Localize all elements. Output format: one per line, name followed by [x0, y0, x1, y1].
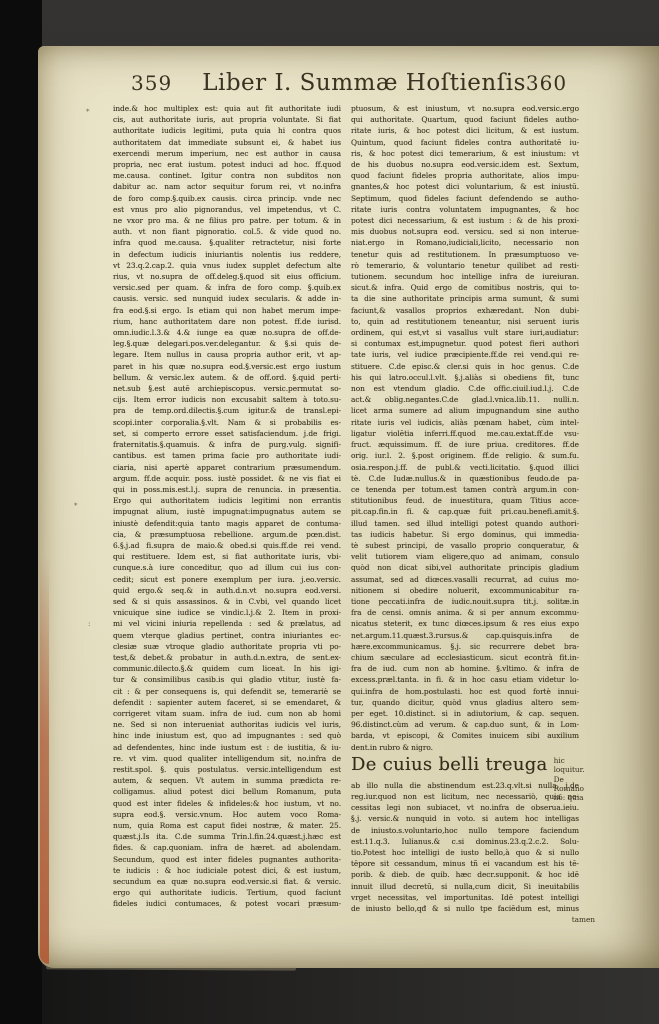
text-line: rius, vt no.supra de off.deleg.§.quod si…	[113, 271, 341, 282]
text-line: Secundum, quod est inter fideles pugnant…	[113, 854, 341, 865]
text-line: ris, & hoc potest dici temerarium, & est…	[351, 148, 579, 159]
text-line: orig. iur.l. 2. §.post originem. ff.de r…	[351, 450, 579, 461]
text-line: autem, & sequen. Vt autem in summa prædi…	[113, 775, 341, 786]
text-line: re. vt vim. quod qualiter intelligendum …	[113, 753, 341, 764]
text-line: si contumax est,impugnetur. quod potest …	[351, 338, 579, 349]
text-line: gnantes,& hoc potest dici voluntarium, &…	[351, 181, 579, 192]
text-line: reg.iur.quod non est licitum, nec necess…	[351, 791, 579, 802]
text-line: quod faciunt fideles propria authoritate…	[351, 170, 579, 181]
page-scan: 359 Liber I. Summæ Hoſtienſis 360 * * : …	[38, 46, 659, 968]
text-line: ligatur violētia inferri.ff.quod me.cau.…	[351, 428, 579, 439]
text-line: velit tutiorem viam eligere,quo ad anima…	[351, 551, 579, 562]
text-line: fra de iud. cum non ab homine. §.vltimo.…	[351, 663, 579, 674]
text-line: authoritate iudicis legitimi, puta quia …	[113, 125, 341, 136]
text-block: inde.& hoc multiplex est: quia aut fit a…	[113, 103, 579, 925]
text-line: innuit illud decretū, si nulla,cum dicit…	[351, 881, 579, 892]
text-line: net.sub §.est autē archiepiscopus. versi…	[113, 383, 341, 394]
book-scan-stage: 359 Liber I. Summæ Hoſtienſis 360 * * : …	[0, 0, 659, 1024]
text-line: te iudicis : & hoc iudiciale potest dici…	[113, 865, 341, 876]
text-line: pit.cap.fin.in fi. & cap.quæ fuit pri.ca…	[351, 506, 579, 517]
text-line: ergo qui authoritate iudicis. Tertium, q…	[113, 887, 341, 898]
text-line: non est vtendum gladio. C.de offic.ciuil…	[351, 383, 579, 394]
text-line: ordinem, qui est,vt si vasallus vult sta…	[351, 327, 579, 338]
text-line: colligamus. aliud potest dici bellum Rom…	[113, 786, 341, 797]
text-line: exercendi merum imperium, nec est author…	[113, 148, 341, 159]
text-line: defendit : sapienter autem faceret, si s…	[113, 697, 341, 708]
text-line: potest dici necessarium, & est iustum : …	[351, 215, 579, 226]
text-line: tēpore sit cessandum, minus tñ ei vacand…	[351, 858, 579, 869]
page-header: 359 Liber I. Summæ Hoſtienſis 360	[113, 70, 579, 106]
text-line: de his duobus no.supra eod.versic.idem e…	[351, 159, 579, 170]
text-line: §.j. versic.& nunquid in voto. si autem …	[351, 813, 579, 824]
text-line: tutionem. secundum hoc intellige infra d…	[351, 271, 579, 282]
text-line: ad defendentes, hinc inde iustum est : d…	[113, 742, 341, 753]
text-line: per eget. 10.distinct. si in adiutorium,…	[351, 708, 579, 719]
margin-mark: :	[88, 620, 90, 628]
text-line: fra de censi. omnis anima. & si per annu…	[351, 607, 579, 618]
text-line: omn.iudic.l.3.& 4.& iunge ea quæ no.supr…	[113, 327, 341, 338]
text-line: qui in poss.mis.est.l.j. supra de renunc…	[113, 484, 341, 495]
text-line: tio.Potest hoc intelligi de iusto bello,…	[351, 847, 579, 858]
text-line: rium, hanc authoritatem dare non potest.…	[113, 316, 341, 327]
text-line: est vnus pro alio pignorandus, vel impet…	[113, 204, 341, 215]
text-line: test,& debet.& probatur in auth.d.n.extr…	[113, 652, 341, 663]
text-line: vnicuique sine iudice se vindic.l.j.& 2.…	[113, 607, 341, 618]
text-line: ne vxor pro ma. & ne filius pro patre. p…	[113, 215, 341, 226]
text-line: act.& oblig.negantes.C.de glad.l.vnica.l…	[351, 394, 579, 405]
text-line: clesiæ suæ vtroque gladio authoritate pr…	[113, 641, 341, 652]
text-line: ab illo nulla die abstinendum est.23.q.v…	[351, 780, 579, 791]
text-line: faciunt,& vasallos proprios exhæredant. …	[351, 305, 579, 316]
text-line: barda, vt episcopi, & Comites inuicem si…	[351, 730, 579, 741]
text-line: qui.infra de hom.postulasti. hoc est quo…	[351, 686, 579, 697]
text-line: vrget necessitas, vel importunitas. Idē …	[351, 892, 579, 903]
text-line: ciaria, nisi apertè apparet contrarium p…	[113, 462, 341, 473]
text-line: tenetur quis ad restitutionem. In præsum…	[351, 249, 579, 260]
text-line: ritate iuris vel iudicis, aliàs pœnam ha…	[351, 417, 579, 428]
text-line: stitutionibus feud. de inuestitura, quam…	[351, 495, 579, 506]
book-spine-band	[0, 0, 42, 1024]
text-line: versic.sed per quam. & infra de foro com…	[113, 282, 341, 293]
text-column-right: ptuosum, & est iniustum, vt no.supra eod…	[351, 103, 579, 925]
section-heading-row: De cuius belli treuga hic loquitur. De R…	[351, 754, 579, 780]
text-line: propria, nec erat iustum. potest induci …	[113, 159, 341, 170]
text-line: tione peccati.infra de iudic.nouit.supra…	[351, 596, 579, 607]
text-line: 6.§.j.ad fi.supra de maio.& obed.si quis…	[113, 540, 341, 551]
text-line: communic.dilecto.§.& quidem cum liceat. …	[113, 663, 341, 674]
text-line: cit : & per consequens is, qui defendit …	[113, 686, 341, 697]
text-line: quid ergo.& seq.& in auth.d.n.vt no.supr…	[113, 585, 341, 596]
text-line: fides. & cap.quoniam. infra de hæret. ad…	[113, 842, 341, 853]
text-line: to, quin ad restitutionem teneantur, nis…	[351, 316, 579, 327]
text-line: fruct. æquissimum. ff. de iure priua. cr…	[351, 439, 579, 450]
text-line: auth. vt non fiant pignoratio. col.5. & …	[113, 226, 341, 237]
text-line: fideles iudici contumaces, & potest voca…	[113, 898, 341, 909]
text-line: Ergo qui authoritatem iudicis legitimi n…	[113, 495, 341, 506]
running-title: Liber I. Summæ Hoſtienſis	[202, 70, 526, 96]
text-line: ta die sine authoritate principis arma s…	[351, 293, 579, 304]
text-line: dabitur ac. nam actor sequitur forum rei…	[113, 181, 341, 192]
text-line: tè. C.de Iudæ.nullus.& in quæstionibus f…	[351, 473, 579, 484]
text-line: nicatus steterit, ex tunc diœces.ipsum &…	[351, 618, 579, 629]
text-line: dent.in rubro & nigro.	[351, 742, 579, 753]
text-column-left: inde.& hoc multiplex est: quia aut fit a…	[113, 103, 341, 925]
text-line: de iniusto bello,qđ & si nullo tpe faciē…	[351, 903, 579, 914]
text-line: legare. Item nullus in causa propria aut…	[113, 349, 341, 360]
text-line: scopi.inter corporalia.§.vlt. Nam & si p…	[113, 417, 341, 428]
text-line: Septimum, quod fideles faciunt defendend…	[351, 193, 579, 204]
text-line: cunque.s.à iure conceditur, quo ad illum…	[113, 562, 341, 573]
text-line: quæst.j.Is ita. C.de summa Trin.l.fin.24…	[113, 831, 341, 842]
text-line: fra eod.§.si ergo. Is etiam qui non habe…	[113, 305, 341, 316]
text-line: tate iuris, vel iudice præcipiente.ff.de…	[351, 349, 579, 360]
text-line: ritate iuris, & hoc potest dici licitum,…	[351, 125, 579, 136]
text-line: niat.ergo in Romano,iudiciali,licito, ne…	[351, 237, 579, 248]
text-line: assumat, sed ad diœces.vasalli recurrat,…	[351, 574, 579, 585]
text-line: cis, aut authoritate iuris, aut propria …	[113, 114, 341, 125]
text-line: vt 23.q.2.cap.2. quia vnus iudex supplet…	[113, 260, 341, 271]
text-line: supra eod.§. versic.vnum. Hoc autem voco…	[113, 809, 341, 820]
text-line: infra quod me.causa. §.qualiter retracte…	[113, 237, 341, 248]
text-line: paret in his quæ no.supra eod.§.versic.e…	[113, 361, 341, 372]
margin-mark: *	[86, 108, 90, 116]
text-line: nitionem si obedire noluerit, excommunic…	[351, 585, 579, 596]
margin-mark: *	[74, 502, 78, 510]
text-line: bellum. & versic.lex autem. & de off.ord…	[113, 372, 341, 383]
text-line: tas iudicis habetur. Si ergo dominus, qu…	[351, 529, 579, 540]
text-line: his qui latro.occul.l.vlt. §.j.aliàs si …	[351, 372, 579, 383]
text-line: ce tenenda per totum.est tamen contrà ar…	[351, 484, 579, 495]
text-line: cia, & præsumptuosa rebellione. argum.de…	[113, 529, 341, 540]
text-line: rò temerario, & voluntario tenetur quili…	[351, 260, 579, 271]
text-line: tur, quando dicitur, quòd vnus gladius a…	[351, 697, 579, 708]
text-line: porib. & dieb. de quib. hæc decr.supponi…	[351, 869, 579, 880]
text-line: qui authoritate. Quartum, quod faciunt f…	[351, 114, 579, 125]
text-line: cedit; sicut est ponere exemplum per iur…	[113, 574, 341, 585]
text-line: net.argum.11.quæst.3.rursus.& cap.quisqu…	[351, 630, 579, 641]
text-line: restit.spol. §. quis postulatus. versic.…	[113, 764, 341, 775]
right-column-bottom-text: ab illo nulla die abstinendum est.23.q.v…	[351, 780, 579, 914]
text-line: cessitas legi non subiacet, vt no.infra …	[351, 802, 579, 813]
text-line: tur & consimilibus casib.is qui gladio v…	[113, 674, 341, 685]
text-line: hære.excommunicamus. §.j. sic recurrere …	[351, 641, 579, 652]
text-line: ptuosum, & est iniustum, vt no.supra eod…	[351, 103, 579, 114]
text-line: osia.respon.j.ff. de publ.& vecti.licita…	[351, 462, 579, 473]
text-line: ne. Sed si non interueniat authoritas iu…	[113, 719, 341, 730]
text-line: qui restituere. Idem est, si fiat author…	[113, 551, 341, 562]
text-line: leg.§.quæ delegari.pos.ver.delegantur. &…	[113, 338, 341, 349]
text-line: iniustè defendit:quia tanto magis appare…	[113, 518, 341, 529]
text-line: hinc inde iniustum est, quo ad impugnant…	[113, 730, 341, 741]
red-page-edge	[40, 556, 49, 964]
text-line: mi vel vicini iniuria repellenda : sed &…	[113, 618, 341, 629]
text-line: pra de temp.ord.dilectis.§.cum igitur.& …	[113, 405, 341, 416]
text-line: in defectum iudicis iniuriantis nolentis…	[113, 249, 341, 260]
text-line: mis duobus not.supra eod. versicu. sed s…	[351, 226, 579, 237]
text-line: fraternitatis.§.quamuis. & infra de purg…	[113, 439, 341, 450]
catchword: tamen	[351, 914, 595, 925]
text-line: num, quia Roma est caput fidei nostræ, &…	[113, 820, 341, 831]
text-line: Quintum, quod faciunt fideles contra aut…	[351, 137, 579, 148]
text-line: illud tamen. sed illud intelligi potest …	[351, 518, 579, 529]
text-line: argum. ff.de acquir. poss. iustè posside…	[113, 473, 341, 484]
page-number-left: 359	[113, 71, 172, 95]
text-line: causis. versic. sed nunquid iudex secula…	[113, 293, 341, 304]
text-line: secundum ea quæ no.supra eod.versic.si f…	[113, 876, 341, 887]
text-line: quòd non dicat sibi,vel authoritate prin…	[351, 562, 579, 573]
text-line: stituere. C.de episc.& cler.si quis in h…	[351, 361, 579, 372]
text-line: me.causa. continet. Igitur contra non su…	[113, 170, 341, 181]
text-line: chium sæculare ad ecclesiasticum. sicut …	[351, 652, 579, 663]
text-line: ritate iuris contra voluntatem impugnant…	[351, 204, 579, 215]
text-line: de foro comp.§.quib.ex causis. circa pri…	[113, 193, 341, 204]
text-line: de iniusto.s.voluntario,hoc nullo tempor…	[351, 825, 579, 836]
right-column-top-text: ptuosum, & est iniustum, vt no.supra eod…	[351, 103, 579, 753]
page-number-right: 360	[526, 71, 589, 95]
text-line: est.11.q.3. Iulianus.& c.si dominus.23.q…	[351, 836, 579, 847]
text-line: corrigeret vitam suam. infra de iud. cum…	[113, 708, 341, 719]
text-line: quem vterque gladius pertinet, contra in…	[113, 630, 341, 641]
text-line: licet arma sumere ad alium impugnandum s…	[351, 405, 579, 416]
text-line: inde.& hoc multiplex est: quia aut fit a…	[113, 103, 341, 114]
text-line: set, si comperto errore esset satisfacie…	[113, 428, 341, 439]
text-line: sed & si quis assassinos. & in C.vbi, ve…	[113, 596, 341, 607]
text-line: impugnat alium, iustè impugnat:impugnatu…	[113, 506, 341, 517]
text-line: quod est inter fideles & infideles:& hoc…	[113, 798, 341, 809]
text-line: 96.distinct.cùm ad verum. & cap.duo sunt…	[351, 719, 579, 730]
text-line: tè subest principi, de vasallo proprio c…	[351, 540, 579, 551]
text-line: excess.præl.tanta. in fi. & in hoc casu …	[351, 674, 579, 685]
text-line: cijs. Item error iudicis non excusabit s…	[113, 394, 341, 405]
text-line: sicut.& infra. Quid ergo de comitibus no…	[351, 282, 579, 293]
text-line: authoritatem dat immediate subsunt ei, &…	[113, 137, 341, 148]
text-line: cantibus. est tamen prima facie pro auth…	[113, 450, 341, 461]
section-heading: De cuius belli treuga	[351, 754, 548, 776]
